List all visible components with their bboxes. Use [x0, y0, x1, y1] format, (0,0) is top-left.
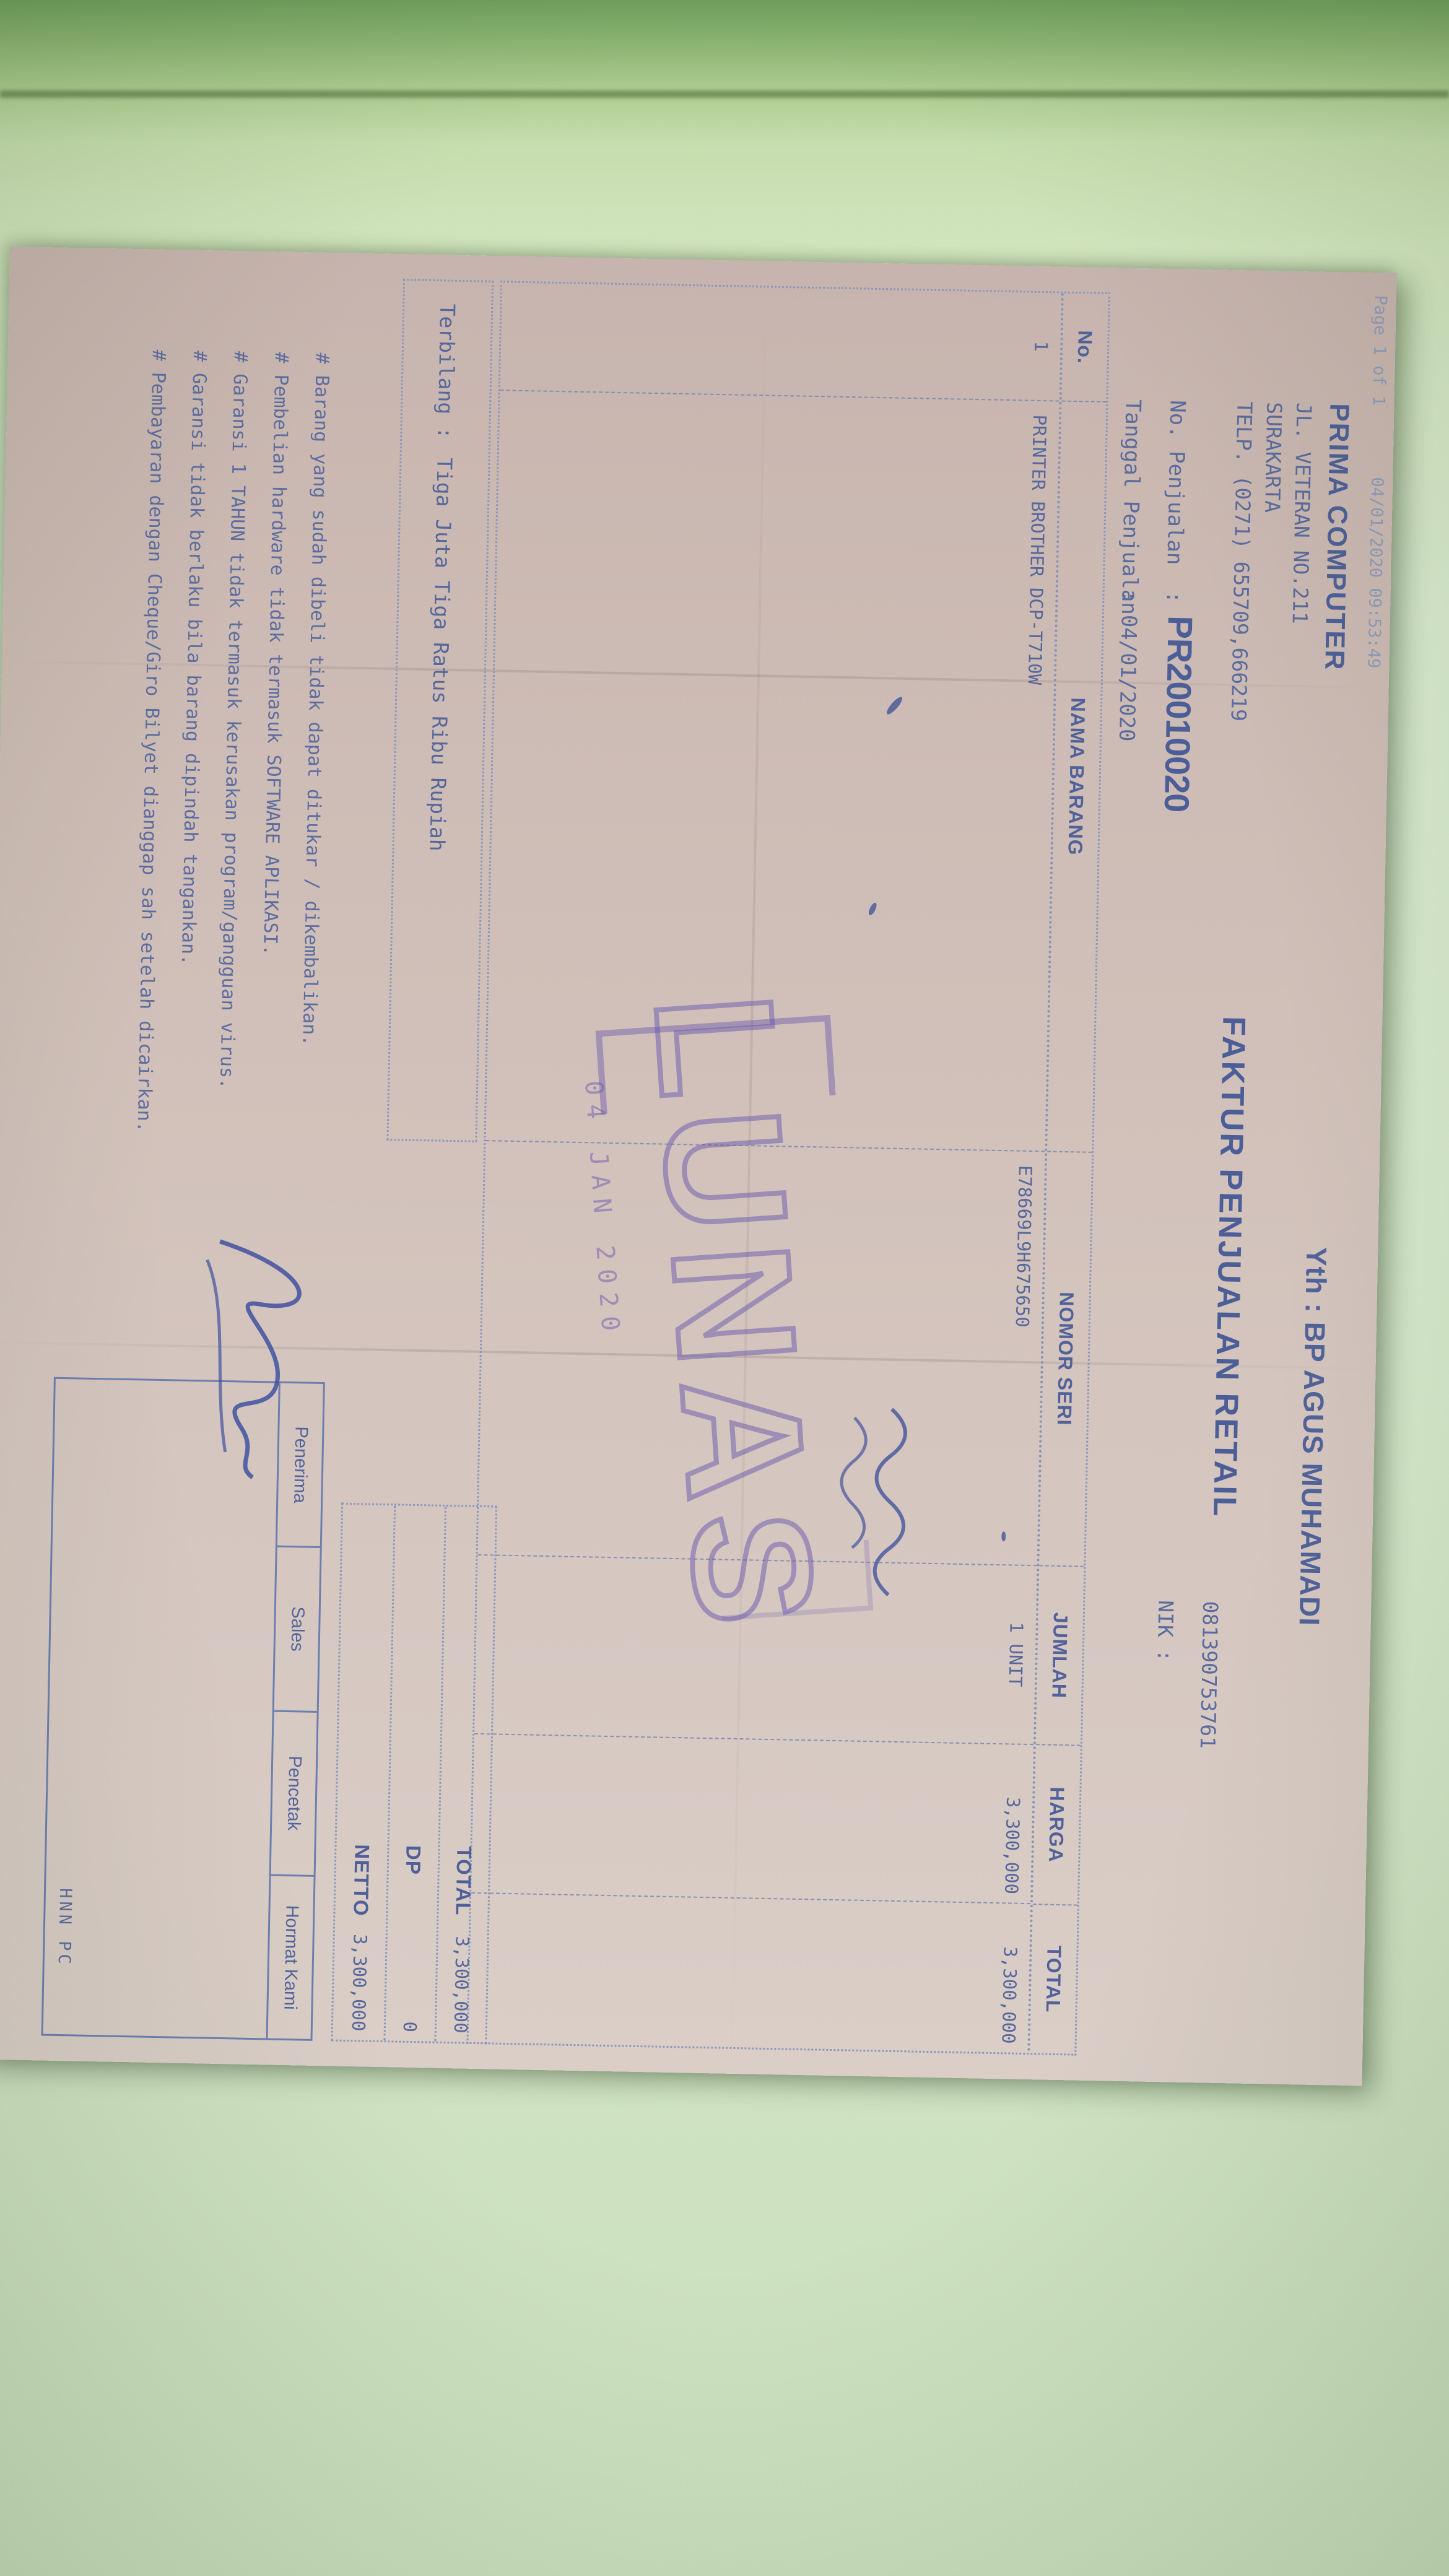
photo-of-invoice: Page 1 of 1 04/01/2020 09:53:49 PRIMA CO…	[0, 0, 1449, 2576]
photo-vignette	[0, 0, 1449, 2576]
